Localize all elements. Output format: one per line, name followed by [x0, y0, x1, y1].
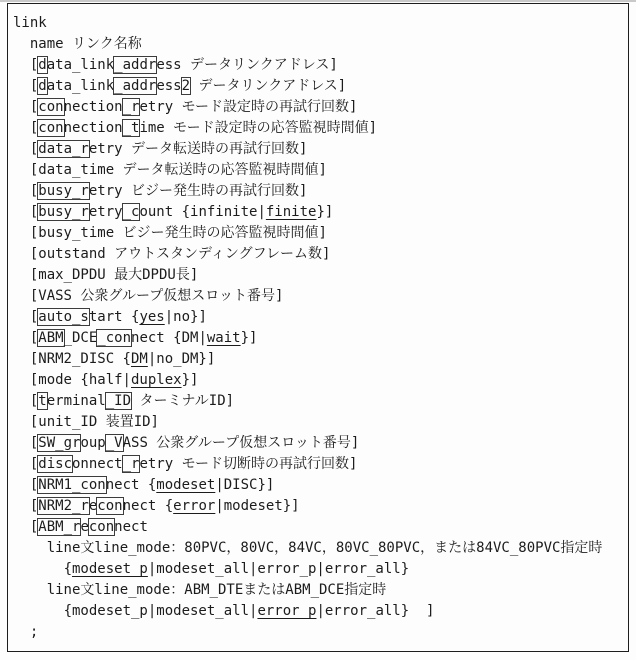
syntax-text: e — [89, 498, 97, 514]
syntax-text: [ — [30, 435, 38, 451]
syntax-line: [ABM_DCE_connect {DM|wait}] — [13, 328, 626, 349]
syntax-text: ess — [156, 78, 181, 94]
syntax-text: [busy_time ビジー発生時の応答監視時間値] — [30, 225, 327, 241]
syntax-line: [busy_time ビジー発生時の応答監視時間値] — [13, 223, 626, 244]
syntax-text: nect {DM| — [131, 330, 207, 346]
syntax-line: [ABM_reconnect — [13, 517, 626, 538]
syntax-text: |modeset_all|error_p|error_all} — [148, 561, 409, 577]
syntax-text: [ — [30, 519, 38, 535]
syntax-lines: linkname リンク名称[data_link_address データリンクア… — [13, 13, 626, 643]
syntax-text: [ — [30, 57, 38, 73]
syntax-line: [data_retry データ転送時の再試行回数] — [13, 139, 626, 160]
syntax-text: oup — [80, 435, 105, 451]
syntax-text: [ — [30, 393, 38, 409]
syntax-line: [connection_time モード設定時の応答監視時間値] — [13, 118, 626, 139]
syntax-text: nection — [64, 120, 123, 136]
syntax-text: [mode {half| — [30, 372, 131, 388]
keyword-abbreviation-box: busy_r — [38, 204, 89, 220]
keyword-abbreviation-box: _con — [97, 330, 131, 346]
syntax-text: [ — [30, 498, 38, 514]
syntax-text: ount {infinite| — [139, 204, 265, 220]
syntax-text: ターミナルID] — [131, 393, 234, 409]
keyword-abbreviation-box: _c — [123, 204, 140, 220]
syntax-line: {modeset_p|modeset_all|error_p|error_all… — [13, 601, 626, 622]
syntax-text: [ — [30, 78, 38, 94]
keyword-abbreviation-box: d — [38, 57, 46, 73]
syntax-text: |no}] — [165, 309, 207, 325]
syntax-line: [terminal_ID ターミナルID] — [13, 391, 626, 412]
syntax-text: [ — [30, 456, 38, 472]
syntax-text: etry モード設定時の再試行回数] — [139, 99, 357, 115]
syntax-text: ASS 公衆グループ仮想スロット番号] — [123, 435, 360, 451]
syntax-line: name リンク名称 — [13, 34, 626, 55]
syntax-line: [mode {half|duplex}] — [13, 370, 626, 391]
syntax-text: etry モード切断時の再試行回数] — [139, 456, 357, 472]
syntax-text: ime モード設定時の応答監視時間値] — [139, 120, 377, 136]
keyword-abbreviation-box: SW_gr — [38, 435, 80, 451]
syntax-line: ; — [13, 622, 626, 643]
keyword-abbreviation-box: NRM2_r — [38, 498, 89, 514]
syntax-text: nect — [114, 519, 148, 535]
syntax-text: nect { — [123, 498, 174, 514]
scan-edge-artifact — [0, 0, 636, 2]
default-option-underline: modeset_p — [72, 561, 148, 577]
syntax-text: ; — [30, 624, 38, 640]
syntax-text: link — [13, 15, 47, 31]
syntax-line: [outstand アウトスタンディングフレーム数] — [13, 244, 626, 265]
keyword-abbreviation-box: _V — [106, 435, 123, 451]
syntax-text: }] — [316, 204, 333, 220]
keyword-abbreviation-box: busy_r — [38, 183, 89, 199]
syntax-line: [max_DPDU 最大DPDU長] — [13, 265, 626, 286]
syntax-line: [VASS 公衆グループ仮想スロット番号] — [13, 286, 626, 307]
syntax-line: [disconnect_retry モード切断時の再試行回数] — [13, 454, 626, 475]
default-option-underline: yes — [139, 309, 164, 325]
keyword-abbreviation-box: _addr — [114, 57, 156, 73]
syntax-line: [unit_ID 装置ID] — [13, 412, 626, 433]
keyword-abbreviation-box: con — [38, 99, 63, 115]
syntax-text: onnect — [72, 456, 123, 472]
document-page: linkname リンク名称[data_link_address データリンクア… — [0, 0, 636, 660]
default-option-underline: modeset — [156, 477, 215, 493]
syntax-text: nect { — [106, 477, 157, 493]
syntax-text: [data_time データ転送時の応答監視時間値] — [30, 162, 327, 178]
keyword-abbreviation-box: disc — [38, 456, 72, 472]
syntax-line: line文line_mode：80PVC，80VC，84VC，80VC_80PV… — [13, 538, 626, 559]
default-option-underline: wait — [207, 330, 241, 346]
syntax-text: [ — [30, 477, 38, 493]
default-option-underline: DM — [131, 351, 148, 367]
syntax-text: [unit_ID 装置ID] — [30, 414, 159, 430]
syntax-text: |no_DM}] — [148, 351, 215, 367]
syntax-definition-box: linkname リンク名称[data_link_address データリンクア… — [7, 3, 629, 652]
syntax-text: [ — [30, 330, 38, 346]
syntax-text: e — [80, 519, 88, 535]
syntax-line: [data_link_address2 データリンクアドレス] — [13, 76, 626, 97]
syntax-text: {modeset_p|modeset_all| — [64, 603, 258, 619]
syntax-text: ata_link — [47, 57, 114, 73]
keyword-abbreviation-box: con — [38, 120, 63, 136]
syntax-text: name リンク名称 — [30, 36, 142, 52]
syntax-text: tart { — [89, 309, 140, 325]
syntax-text: etry ビジー発生時の再試行回数] — [89, 183, 308, 199]
keyword-abbreviation-box: auto_s — [38, 309, 89, 325]
syntax-text: line文line_mode：80PVC，80VC，84VC，80VC_80PV… — [47, 540, 603, 556]
syntax-text: [NRM2_DISC { — [30, 351, 131, 367]
syntax-text: |modeset}] — [215, 498, 299, 514]
syntax-text: [ — [30, 309, 38, 325]
syntax-line: [busy_retry ビジー発生時の再試行回数] — [13, 181, 626, 202]
syntax-line: {modeset_p|modeset_all|error_p|error_all… — [13, 559, 626, 580]
keyword-abbreviation-box: _t — [123, 120, 140, 136]
keyword-abbreviation-box: con — [89, 519, 114, 535]
keyword-abbreviation-box: ABM — [38, 330, 63, 346]
syntax-text: [ — [30, 120, 38, 136]
syntax-text: [ — [30, 141, 38, 157]
syntax-text: [max_DPDU 最大DPDU長] — [30, 267, 198, 283]
keyword-abbreviation-box: NRM1_con — [38, 477, 105, 493]
syntax-text: { — [64, 561, 72, 577]
syntax-text: |error_all} ] — [316, 603, 434, 619]
syntax-text: }] — [182, 372, 199, 388]
keyword-abbreviation-box: 2 — [182, 78, 190, 94]
syntax-line: line文line_mode：ABM_DTEまたはABM_DCE指定時 — [13, 580, 626, 601]
syntax-text: etry — [89, 204, 123, 220]
keyword-abbreviation-box: ABM_r — [38, 519, 80, 535]
syntax-text: [outstand アウトスタンディングフレーム数] — [30, 246, 331, 262]
syntax-text: ata_link — [47, 78, 114, 94]
syntax-text: }] — [241, 330, 258, 346]
default-option-underline: error — [173, 498, 215, 514]
keyword-abbreviation-box: d — [38, 78, 46, 94]
syntax-line: [data_link_address データリンクアドレス] — [13, 55, 626, 76]
keyword-abbreviation-box: _ID — [106, 393, 131, 409]
syntax-text: [ — [30, 183, 38, 199]
default-option-underline: finite — [266, 204, 317, 220]
keyword-abbreviation-box: con — [97, 498, 122, 514]
syntax-text: [ — [30, 99, 38, 115]
keyword-abbreviation-box: data_r — [38, 141, 89, 157]
keyword-abbreviation-box: _r — [123, 456, 140, 472]
keyword-abbreviation-box: _r — [123, 99, 140, 115]
keyword-abbreviation-box: t — [38, 393, 46, 409]
syntax-text: line文line_mode：ABM_DTEまたはABM_DCE指定時 — [47, 582, 387, 598]
syntax-text: _DCE — [64, 330, 98, 346]
syntax-text: erminal — [47, 393, 106, 409]
syntax-line: link — [13, 13, 626, 34]
default-option-underline: error_p — [257, 603, 316, 619]
syntax-line: [connection_retry モード設定時の再試行回数] — [13, 97, 626, 118]
syntax-line: [busy_retry_count {infinite|finite}] — [13, 202, 626, 223]
syntax-text: etry データ転送時の再試行回数] — [89, 141, 308, 157]
keyword-abbreviation-box: _addr — [114, 78, 156, 94]
syntax-text: nection — [64, 99, 123, 115]
syntax-text: [VASS 公衆グループ仮想スロット番号] — [30, 288, 284, 304]
syntax-line: [NRM2_DISC {DM|no_DM}] — [13, 349, 626, 370]
syntax-line: [SW_group_VASS 公衆グループ仮想スロット番号] — [13, 433, 626, 454]
syntax-text: ess データリンクアドレス] — [156, 57, 337, 73]
default-option-underline: duplex — [131, 372, 182, 388]
syntax-line: [NRM1_connect {modeset|DISC}] — [13, 475, 626, 496]
syntax-line: [NRM2_reconnect {error|modeset}] — [13, 496, 626, 517]
syntax-text: |DISC}] — [215, 477, 274, 493]
syntax-line: [data_time データ転送時の応答監視時間値] — [13, 160, 626, 181]
syntax-text: データリンクアドレス] — [190, 78, 346, 94]
syntax-text: [ — [30, 204, 38, 220]
syntax-line: [auto_start {yes|no}] — [13, 307, 626, 328]
